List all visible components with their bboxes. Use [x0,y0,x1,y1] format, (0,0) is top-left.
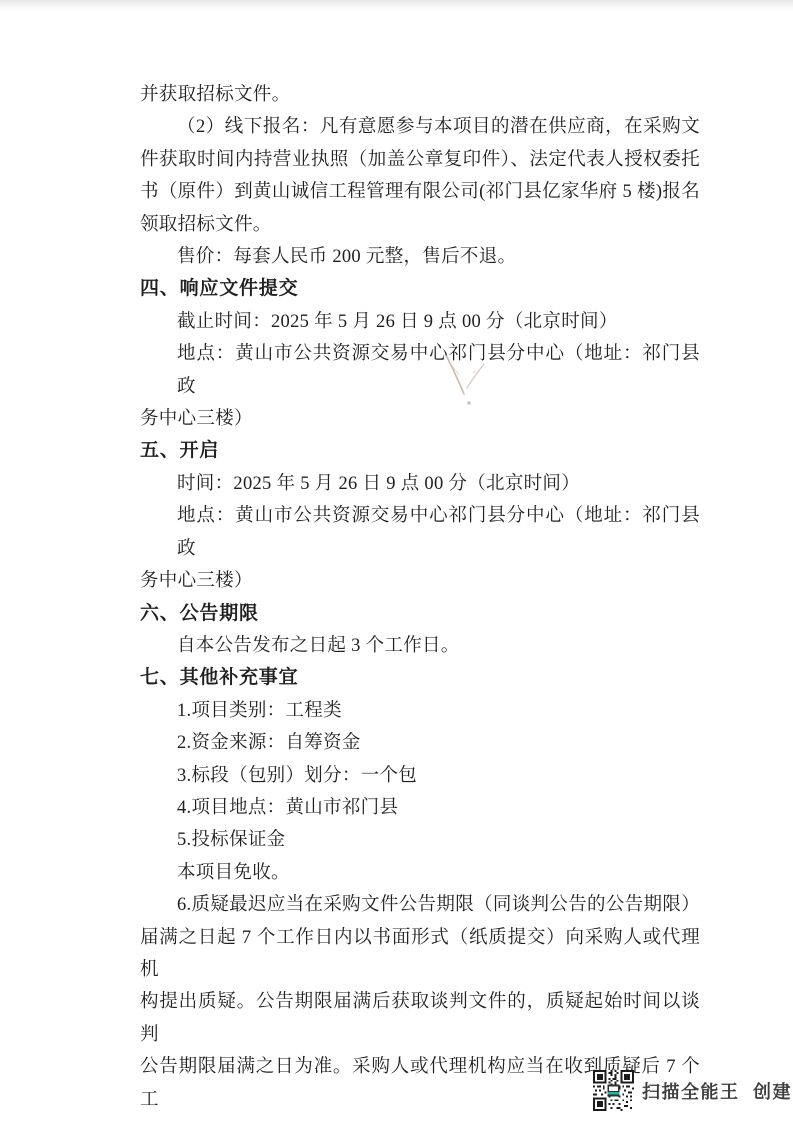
doc-line: 并获取招标文件。 [140,79,700,111]
section-heading-response-submission: 四、响应文件提交 [140,273,700,305]
document-page: { "page": { "width": 793, "height": 1122… [0,0,793,1122]
doc-line: 务中心三楼） [140,403,700,435]
qr-code-icon [593,1070,634,1111]
doc-line: 构提出质疑。公告期限届满后获取谈判文件的，质疑起始时间以谈判 [140,986,700,1051]
doc-line: 时间：2025 年 5 月 26 日 9 点 00 分（北京时间） [140,468,700,500]
doc-line: 件获取时间内持营业执照（加盖公章复印件）、法定代表人授权委托 [140,144,700,176]
doc-line: 截止时间：2025 年 5 月 26 日 9 点 00 分（北京时间） [140,306,700,338]
doc-line: 地点：黄山市公共资源交易中心祁门县分中心（地址：祁门县政 [140,500,700,565]
camscanner-watermark-label: 扫描全能王 创建 [642,1078,792,1104]
document-text-block: 并获取招标文件。 （2）线下报名：凡有意愿参与本项目的潜在供应商，在采购文 件获… [140,79,700,1116]
doc-line: 务中心三楼） [140,565,700,597]
scan-edge-shadow [0,0,793,11]
camscanner-footer: 扫描全能王 创建 [593,1070,792,1111]
doc-line: 领取招标文件。 [140,209,700,241]
section-heading-other-matters: 七、其他补充事宜 [140,662,700,694]
doc-line: 届满之日起 7 个工作日内以书面形式（纸质提交）向采购人或代理机 [140,922,700,987]
section-heading-opening: 五、开启 [140,435,700,467]
doc-line: 地点：黄山市公共资源交易中心祁门县分中心（地址：祁门县政 [140,338,700,403]
doc-line: 书（原件）到黄山诚信工程管理有限公司(祁门县亿家华府 5 楼)报名 [140,176,700,208]
list-item: 1.项目类别：工程类 [140,695,700,727]
list-item: 4.项目地点：黄山市祁门县 [140,792,700,824]
section-heading-notice-period: 六、公告期限 [140,598,700,630]
list-item: 3.标段（包别）划分：一个包 [140,760,700,792]
doc-line: 售价：每套人民币 200 元整，售后不退。 [140,241,700,273]
doc-line: （2）线下报名：凡有意愿参与本项目的潜在供应商，在采购文 [140,111,700,143]
doc-line: 6.质疑最迟应当在采购文件公告期限（同谈判公告的公告期限） [140,889,700,921]
doc-line: 自本公告发布之日起 3 个工作日。 [140,630,700,662]
list-item: 5.投标保证金 [140,824,700,856]
doc-line: 本项目免收。 [140,857,700,889]
list-item: 2.资金来源：自筹资金 [140,727,700,759]
